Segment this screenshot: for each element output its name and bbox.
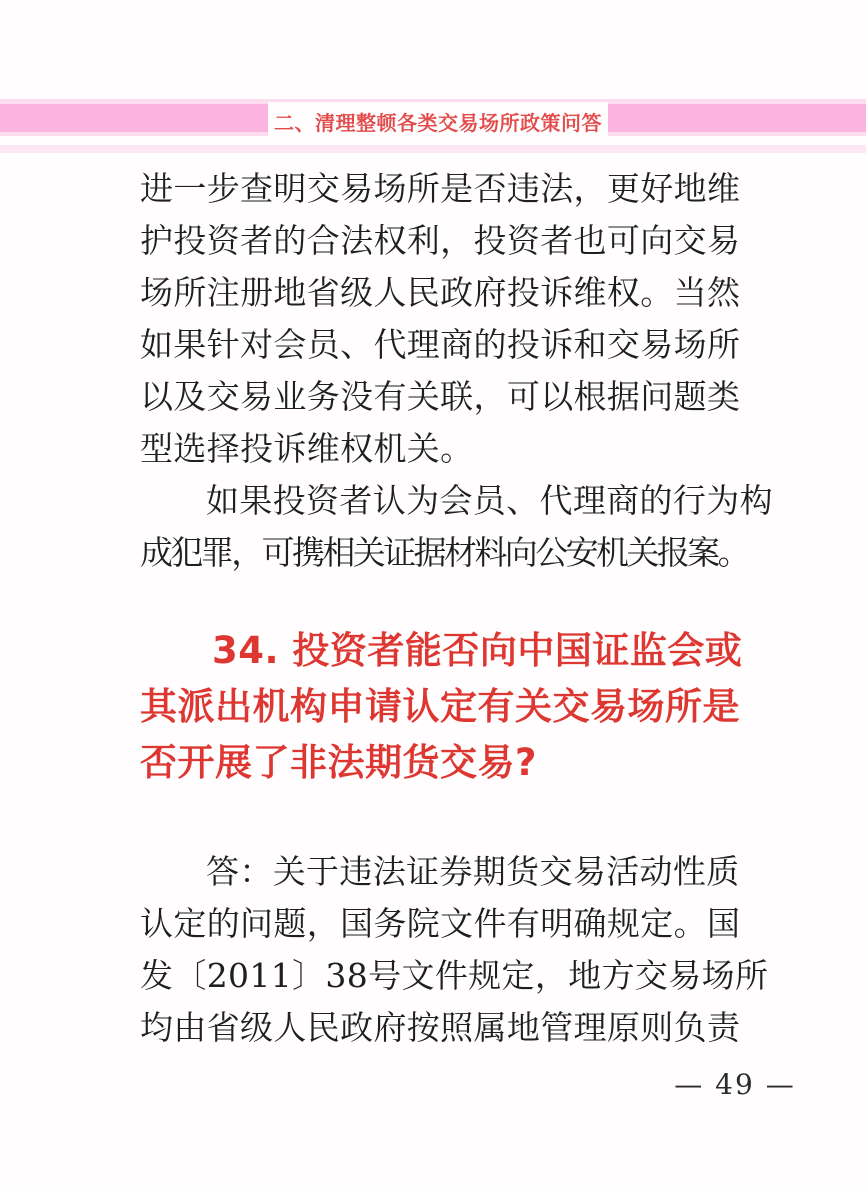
text-line: 护投资者的合法权利，投资者也可向交易 bbox=[140, 215, 780, 267]
text-line: 均由省级人民政府按照属地管理原则负责 bbox=[140, 1002, 780, 1054]
text-line: 认定的问题，国务院文件有明确规定。国 bbox=[140, 898, 780, 950]
page-number: — 49 — bbox=[640, 1068, 830, 1101]
text-line: 如果针对会员、代理商的投诉和交易场所 bbox=[140, 319, 780, 371]
text-line: 型选择投诉维权机关。 bbox=[140, 423, 780, 475]
text-line: 34. 投资者能否向中国证监会或 bbox=[140, 623, 780, 679]
text-line: 其派出机构申请认定有关交易场所是 bbox=[140, 679, 780, 735]
paragraph-1: 进一步查明交易场所是否违法，更好地维护投资者的合法权利，投资者也可向交易场所注册… bbox=[140, 163, 780, 475]
text-line: 否开展了非法期货交易? bbox=[140, 735, 780, 791]
text-line: 发〔2011〕38号文件规定，地方交易场所 bbox=[140, 950, 780, 1002]
answer-paragraph: 答：关于违法证券期货交易活动性质认定的问题，国务院文件有明确规定。国发〔2011… bbox=[140, 846, 780, 1054]
text-line: 以及交易业务没有关联，可以根据问题类 bbox=[140, 371, 780, 423]
header-lower-pink-strip bbox=[0, 145, 866, 153]
text-line: 场所注册地省级人民政府投诉维权。当然 bbox=[140, 267, 780, 319]
chapter-header-label: 二、清理整顿各类交易场所政策问答 bbox=[268, 102, 608, 140]
book-page: 二、清理整顿各类交易场所政策问答 进一步查明交易场所是否违法，更好地维护投资者的… bbox=[0, 0, 866, 1189]
text-line: 成犯罪，可携相关证据材料向公安机关报案。 bbox=[140, 527, 780, 579]
text-line: 如果投资者认为会员、代理商的行为构 bbox=[140, 475, 780, 527]
question-34-heading: 34. 投资者能否向中国证监会或其派出机构申请认定有关交易场所是否开展了非法期货… bbox=[140, 623, 780, 791]
text-line: 进一步查明交易场所是否违法，更好地维 bbox=[140, 163, 780, 215]
paragraph-2: 如果投资者认为会员、代理商的行为构成犯罪，可携相关证据材料向公安机关报案。 bbox=[140, 475, 780, 579]
chapter-title: 二、清理整顿各类交易场所政策问答 bbox=[274, 107, 602, 136]
text-line: 答：关于违法证券期货交易活动性质 bbox=[140, 846, 780, 898]
